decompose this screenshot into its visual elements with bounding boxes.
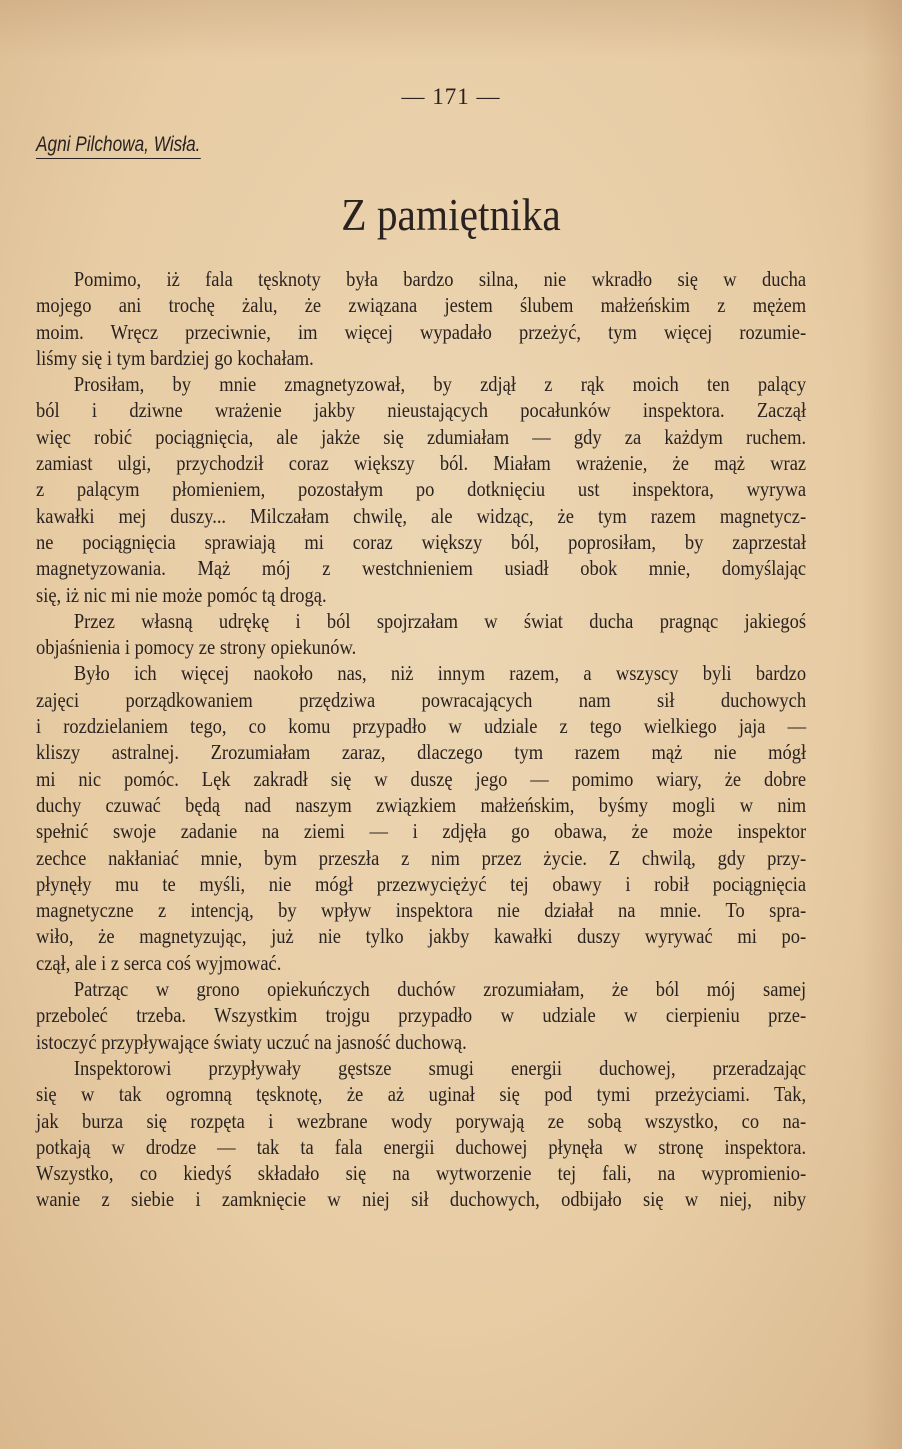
author-byline: Agni Pilchowa, Wisła. [36,133,200,159]
text-line: zamiast ulgi, przychodził coraz większy … [36,450,806,476]
text-line: więc robić pociągnięcia, ale jakże się z… [36,424,806,450]
text-line: czął, ale i z serca coś wyjmować. [36,950,806,976]
text-line: się, iż nic mi nie może pomóc tą drogą. [36,582,806,608]
text-line: spełnić swoje zadanie na ziemi — i zdjęł… [36,818,806,844]
text-line: magnetyczne z intencją, by wpływ inspekt… [36,897,806,923]
text-line: przeboleć trzeba. Wszystkim trojgu przyp… [36,1002,806,1028]
text-line: ne pociągnięcia sprawiają mi coraz więks… [36,529,806,555]
text-line: się w tak ogromną tęsknotę, że aż uginał… [36,1081,806,1107]
text-line: moim. Wręcz przeciwnie, im więcej wypada… [36,319,806,345]
text-line: potkają w drodze — tak ta fala energii d… [36,1134,806,1160]
text-line: Wszystko, co kiedyś składało się na wytw… [36,1160,806,1186]
text-line: liśmy się i tym bardziej go kochałam. [36,345,806,371]
text-line: objaśnienia i pomocy ze strony opiekunów… [36,634,806,660]
text-line: Patrząc w grono opiekuńczych duchów zroz… [36,976,806,1002]
text-line: mojego ani trochę żalu, że związana jest… [36,292,806,318]
text-line: Przez własną udrękę i ból spojrzałam w ś… [36,608,806,634]
page-edge-shadow-right [862,0,902,1449]
text-line: ból i dziwne wrażenie jakby nieustającyc… [36,397,806,423]
text-line: płynęły mu te myśli, nie mógł przezwycię… [36,871,806,897]
text-line: magnetyzowania. Mąż mój z westchnieniem … [36,555,806,581]
text-line: z palącym płomieniem, pozostałym po dotk… [36,476,806,502]
text-line: Było ich więcej naokoło nas, niż innym r… [36,660,806,686]
text-line: mi nic pomóc. Lęk zakradł się w duszę je… [36,766,806,792]
text-line: zechce nakłaniać mnie, bym przeszła z ni… [36,845,806,871]
text-line: kliszy astralnej. Zrozumiałam zaraz, dla… [36,739,806,765]
article-title: Z pamiętnika [45,188,857,241]
text-line: kawałki mej duszy... Milczałam chwilę, a… [36,503,806,529]
text-line: i rozdzielaniem tego, co komu przypadło … [36,713,806,739]
text-line: duchy czuwać będą nad naszym związkiem m… [36,792,806,818]
text-line: wiło, że magnetyzując, już nie tylko jak… [36,923,806,949]
text-line: zajęci porządkowaniem przędziwa powracaj… [36,687,806,713]
page-edge-shadow-top [0,0,902,60]
text-line: Prosiłam, by mnie zmagnetyzował, by zdją… [36,371,806,397]
text-line: istoczyć przypływające światy uczuć na j… [36,1029,806,1055]
text-line: Pomimo, iż fala tęsknoty była bardzo sil… [36,266,806,292]
article-body: Pomimo, iż fala tęsknoty była bardzo sil… [36,266,806,1213]
text-line: Inspektorowi przypływały gęstsze smugi e… [36,1055,806,1081]
page-number: — 171 — [0,84,902,110]
text-line: jak burza się rozpęta i wezbrane wody po… [36,1108,806,1134]
text-line: wanie z siebie i zamknięcie w niej sił d… [36,1186,806,1212]
